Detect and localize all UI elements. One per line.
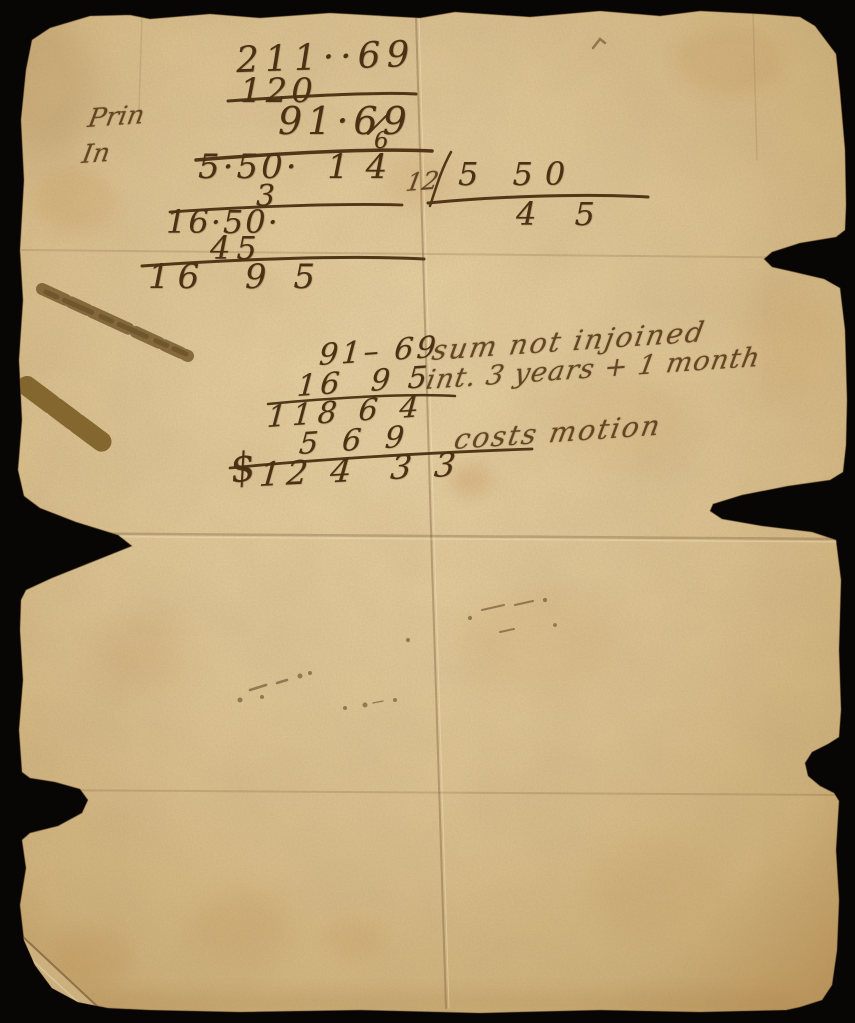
division-dividend: 5 50	[458, 158, 577, 190]
scanned-document: 211··69 120 91·69 6 Prin In 5·50· 1 4 3 …	[0, 0, 855, 1023]
division-quotient: 4 5	[516, 198, 609, 230]
settlement-total-currency: $	[227, 446, 258, 489]
interest-rate-line: 5·50· 1 4	[198, 150, 390, 184]
interest-total: 16 9 5	[148, 260, 323, 294]
subtraction-difference: 91·69	[278, 102, 412, 140]
paper-artwork	[0, 0, 855, 1023]
margin-label-interest: In	[80, 140, 112, 168]
settlement-total-amount: 12 4 3 3	[258, 448, 463, 491]
paper-grain-texture	[0, 0, 855, 1023]
margin-label-principal: Prin	[86, 102, 146, 132]
division-divisor: 12	[404, 168, 441, 195]
